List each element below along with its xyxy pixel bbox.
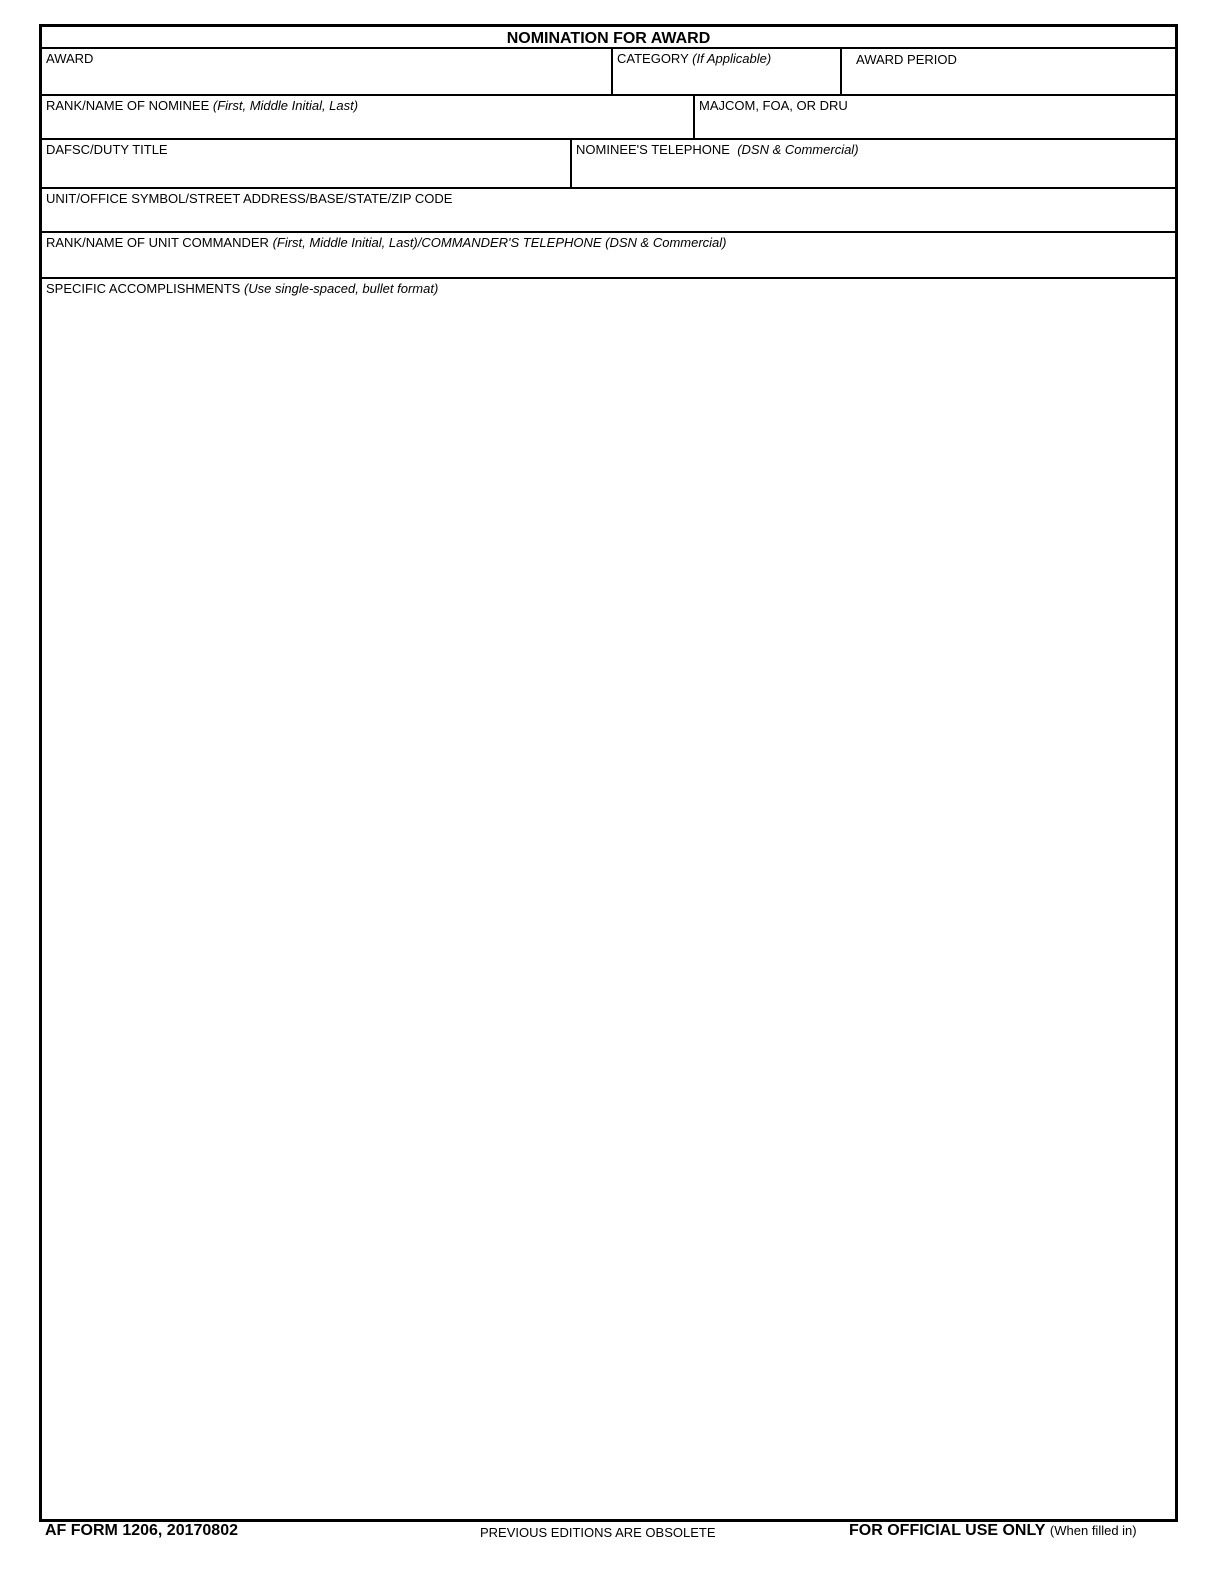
award-period-label: AWARD PERIOD	[856, 52, 957, 67]
dafsc-cell: DAFSC/DUTY TITLE	[42, 140, 571, 188]
award-cell: AWARD	[42, 49, 613, 95]
nominee-name-input[interactable]	[46, 114, 690, 138]
form-title: NOMINATION FOR AWARD	[42, 27, 1175, 49]
dafsc-input[interactable]	[46, 160, 568, 186]
commander-cell: RANK/NAME OF UNIT COMMANDER (First, Midd…	[42, 233, 1178, 278]
nomination-form: NOMINATION FOR AWARD AWARD CATEGORY (If …	[39, 24, 1178, 1522]
nominee-name-cell: RANK/NAME OF NOMINEE (First, Middle Init…	[42, 96, 694, 139]
category-label: CATEGORY (If Applicable)	[617, 51, 771, 66]
classification-marking: FOR OFFICIAL USE ONLY (When filled in)	[849, 1522, 1137, 1540]
majcom-input[interactable]	[699, 114, 1173, 138]
majcom-cell: MAJCOM, FOA, OR DRU	[695, 96, 1178, 139]
award-input[interactable]	[46, 67, 610, 93]
nominee-phone-label: NOMINEE'S TELEPHONE (DSN & Commercial)	[576, 142, 859, 157]
accomplishments-textarea[interactable]	[46, 299, 1172, 1515]
accomplishments-label: SPECIFIC ACCOMPLISHMENTS (Use single-spa…	[46, 281, 438, 296]
majcom-label: MAJCOM, FOA, OR DRU	[699, 98, 848, 113]
classification-note: (When filled in)	[1050, 1523, 1137, 1538]
award-label: AWARD	[46, 51, 93, 66]
award-period-cell: AWARD PERIOD	[842, 49, 1178, 95]
unit-address-cell: UNIT/OFFICE SYMBOL/STREET ADDRESS/BASE/S…	[42, 189, 1178, 232]
accomplishments-cell: SPECIFIC ACCOMPLISHMENTS (Use single-spa…	[42, 279, 1175, 1519]
unit-address-input[interactable]	[46, 207, 1174, 231]
editions-notice: PREVIOUS EDITIONS ARE OBSOLETE	[480, 1525, 716, 1540]
category-input[interactable]	[617, 67, 841, 93]
commander-label: RANK/NAME OF UNIT COMMANDER (First, Midd…	[46, 235, 727, 250]
award-period-input[interactable]	[856, 67, 1176, 93]
nominee-phone-cell: NOMINEE'S TELEPHONE (DSN & Commercial)	[572, 140, 1178, 188]
nominee-phone-input[interactable]	[576, 160, 1176, 186]
nominee-name-label: RANK/NAME OF NOMINEE (First, Middle Init…	[46, 98, 358, 113]
unit-address-label: UNIT/OFFICE SYMBOL/STREET ADDRESS/BASE/S…	[46, 191, 452, 206]
form-number: AF FORM 1206, 20170802	[45, 1522, 238, 1540]
dafsc-label: DAFSC/DUTY TITLE	[46, 142, 168, 157]
category-cell: CATEGORY (If Applicable)	[613, 49, 841, 95]
commander-input[interactable]	[46, 251, 1174, 277]
